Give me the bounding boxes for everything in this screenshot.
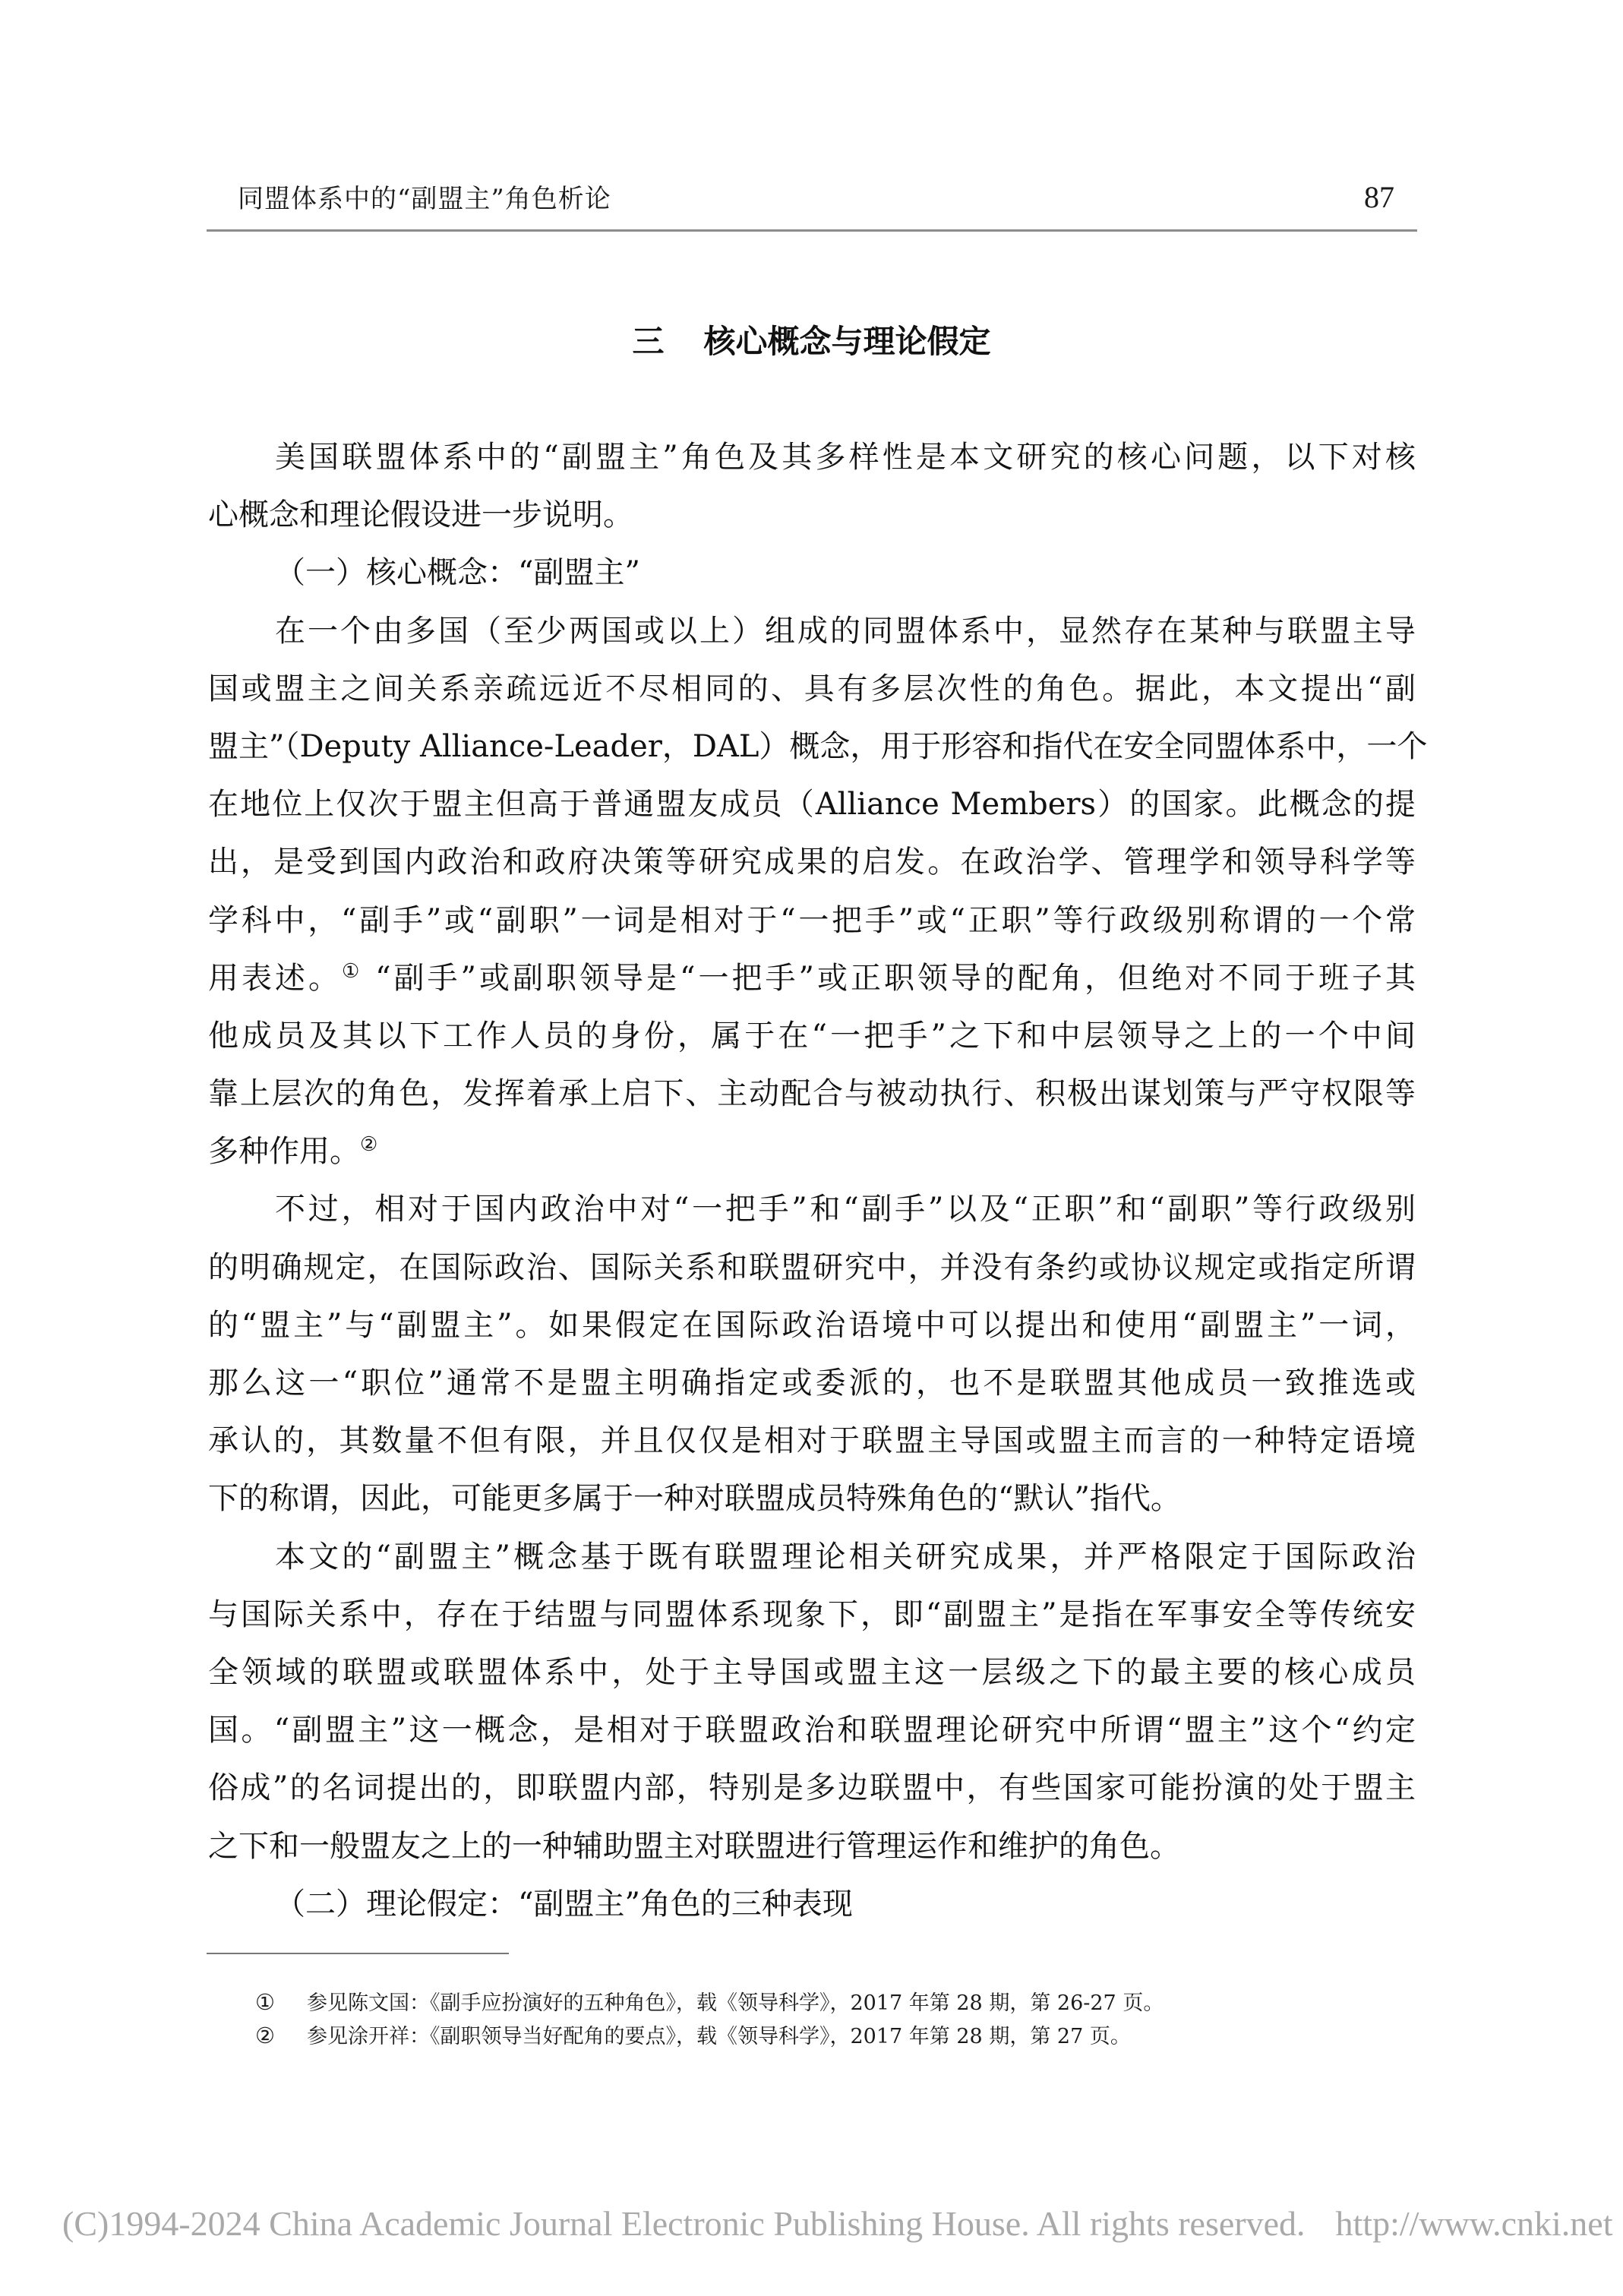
paragraph-line: 在地位上仅次于盟主但高于普通盟友成员（Alliance Members）的国家。…: [208, 782, 1416, 839]
paragraph-line: 与国际关系中，存在于结盟与同盟体系现象下，即“副盟主”是指在军事安全等传统安: [208, 1592, 1416, 1650]
paragraph-line-with-footnote: 用表述。① “副手”或副职领导是“一把手”或正职领导的配角，但绝对不同于班子其: [208, 955, 1416, 1013]
footnote-text: 参见涂开祥：《副职领导当好配角的要点》，载《领导科学》，2017 年第 28 期…: [307, 2020, 1131, 2054]
line-text: 多种作用。: [208, 1134, 360, 1169]
footnote-text: 参见陈文国：《副手应扮演好的五种角色》，载《领导科学》，2017 年第 28 期…: [307, 1987, 1164, 2020]
line-text: “副手”或副职领导是“一把手”或正职领导的配角，但绝对不同于班子其: [375, 961, 1416, 996]
running-head-title: 同盟体系中的“副盟主”角色析论: [238, 181, 611, 217]
footnotes: ① 参见陈文国：《副手应扮演好的五种角色》，载《领导科学》，2017 年第 28…: [255, 1985, 1394, 2052]
paragraph-line: 下的称谓，因此，可能更多属于一种对联盟成员特殊角色的“默认”指代。: [208, 1476, 1416, 1533]
body-text: 美国联盟体系中的“副盟主”角色及其多样性是本文研究的核心问题，以下对核 心概念和…: [208, 434, 1416, 1939]
line-text: 用表述。: [208, 961, 342, 996]
section-title: 三核心概念与理论假定: [0, 319, 1623, 365]
paragraph-line: 出，是受到国内政治和政府决策等研究成果的启发。在政治学、管理学和领导科学等: [208, 839, 1416, 897]
paragraph-line: 美国联盟体系中的“副盟主”角色及其多样性是本文研究的核心问题，以下对核: [208, 434, 1416, 492]
paragraph-line: 国。“副盟主”这一概念，是相对于联盟政治和联盟理论研究中所谓“盟主”这个“约定: [208, 1707, 1416, 1765]
paragraph-line: 的明确规定，在国际政治、国际关系和联盟研究中，并没有条约或协议规定或指定所谓: [208, 1245, 1416, 1303]
paragraph-line: 他成员及其以下工作人员的身份，属于在“一把手”之下和中层领导之上的一个中间: [208, 1013, 1416, 1071]
paragraph-line: 那么这一“职位”通常不是盟主明确指定或委派的，也不是联盟其他成员一致推选或: [208, 1360, 1416, 1418]
section-title-text: 核心概念与理论假定: [704, 323, 991, 360]
page-number: 87: [1364, 179, 1410, 216]
paragraph-line: 不过，相对于国内政治中对“一把手”和“副手”以及“正职”和“副职”等行政级别: [208, 1186, 1416, 1244]
footnote-2: ② 参见涂开祥：《副职领导当好配角的要点》，载《领导科学》，2017 年第 28…: [255, 2019, 1394, 2052]
footnote-1: ① 参见陈文国：《副手应扮演好的五种角色》，载《领导科学》，2017 年第 28…: [255, 1985, 1394, 2019]
paragraph-line: 国或盟主之间关系亲疏远近不尽相同的、具有多层次性的角色。据此，本文提出“副: [208, 666, 1416, 724]
paragraph-line-with-footnote: 多种作用。②: [208, 1129, 1416, 1186]
footnote-ref-1[interactable]: ①: [342, 960, 362, 983]
paragraph-line: 之下和一般盟友之上的一种辅助盟主对联盟进行管理运作和维护的角色。: [208, 1824, 1416, 1881]
paragraph-line: 学科中，“副手”或“副职”一词是相对于“一把手”或“正职”等行政级别称谓的一个常: [208, 898, 1416, 955]
cnki-link[interactable]: http://www.cnki.net: [1336, 2204, 1613, 2243]
copyright-footer: (C)1994-2024 China Academic Journal Elec…: [62, 2201, 1585, 2247]
paragraph-line: 的“盟主”与“副盟主”。如果假定在国际政治语境中可以提出和使用“副盟主”一词，: [208, 1303, 1416, 1360]
header-rule: [207, 229, 1417, 232]
copyright-text: (C)1994-2024 China Academic Journal Elec…: [62, 2204, 1306, 2243]
paragraph-line: 靠上层次的角色，发挥着承上启下、主动配合与被动执行、积极出谋划策与严守权限等: [208, 1071, 1416, 1129]
paragraph-line: 本文的“副盟主”概念基于既有联盟理论相关研究成果，并严格限定于国际政治: [208, 1534, 1416, 1592]
footnote-rule: [207, 1953, 509, 1954]
footnote-ref-2[interactable]: ②: [360, 1133, 377, 1156]
paragraph-line: 俗成”的名词提出的，即联盟内部，特别是多边联盟中，有些国家可能扮演的处于盟主: [208, 1765, 1416, 1823]
section-number: 三: [632, 319, 664, 365]
paragraph-line: 在一个由多国（至少两国或以上）组成的同盟体系中，显然存在某种与联盟主导: [208, 608, 1416, 666]
subsection-heading-2: （二）理论假定：“副盟主”角色的三种表现: [208, 1881, 1416, 1939]
paragraph-line: 承认的，其数量不但有限，并且仅仅是相对于联盟主导国或盟主而言的一种特定语境: [208, 1418, 1416, 1476]
footnote-marker: ②: [255, 2019, 307, 2052]
paragraph-line: 心概念和理论假设进一步说明。: [208, 492, 1416, 550]
footnote-marker: ①: [255, 1985, 307, 2019]
subsection-heading-1: （一）核心概念：“副盟主”: [208, 550, 1416, 608]
paragraph-line: 盟主”（Deputy Alliance-Leader，DAL）概念，用于形容和指…: [208, 724, 1416, 782]
paragraph-line: 全领域的联盟或联盟体系中，处于主导国或盟主这一层级之下的最主要的核心成员: [208, 1650, 1416, 1707]
